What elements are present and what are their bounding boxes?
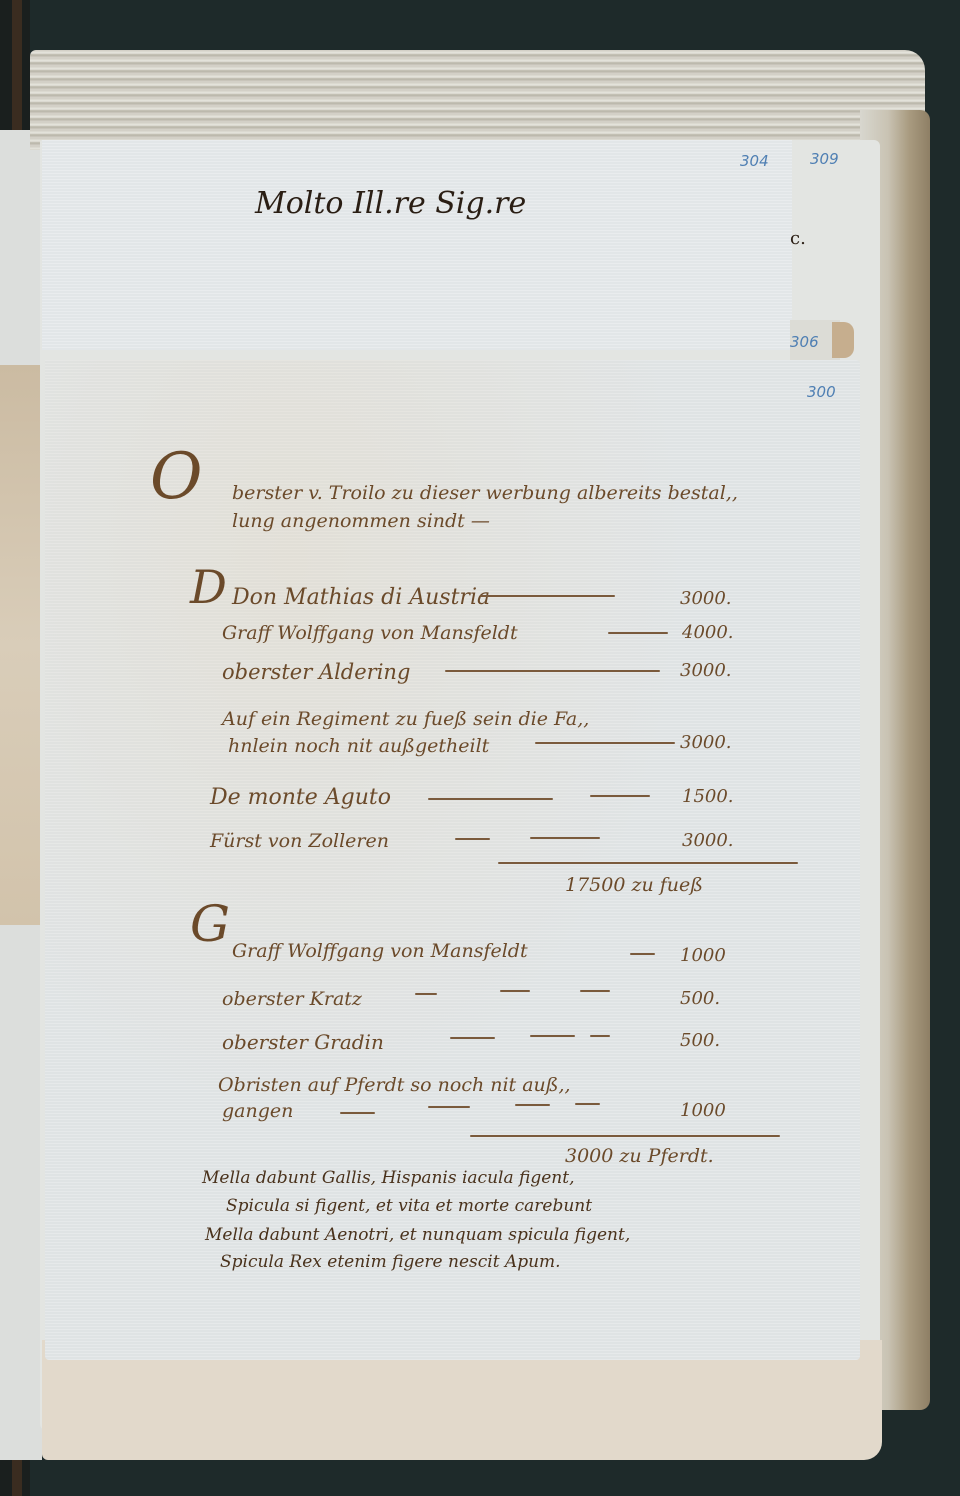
section1-initial: D [190,560,227,614]
section2-entry-value: 1000 [680,1100,726,1121]
verse-line: Mella dabunt Aenotri, et nunquam spicula… [205,1225,630,1245]
leader-line [608,632,668,634]
section1-entry-label: Graff Wolffgang von Mansfeldt [222,622,518,644]
leader-line [428,798,553,800]
verse-line: Mella dabunt Gallis, Hispanis iacula fig… [202,1168,574,1188]
leader-line [445,670,660,672]
leader-line [530,1035,575,1037]
section2-entry-label: Obristen auf Pferdt so noch nit auß,, [218,1074,571,1096]
section1-total: 17500 zu fueß [565,874,703,896]
signature: Molto Ill.re Sig.re [255,186,526,221]
section2-entry-value: 1000 [680,945,726,966]
section2-entry-label: oberster Gradin [222,1030,384,1054]
section1-entry-value: 3000. [680,588,732,609]
page-stack-top-edge [30,50,925,150]
total-rule [470,1135,780,1137]
tab-stain [832,322,854,358]
top-sheet [42,140,792,350]
leader-line [450,1037,495,1039]
section2-entry-label: gangen [222,1100,293,1122]
section1-entry-label: Fürst von Zolleren [210,830,389,852]
section1-entry-value: 3000. [680,732,732,753]
section2-entry-value: 500. [680,988,720,1009]
left-stain [0,365,40,925]
leader-line [575,1103,600,1105]
section2-entry-label: Graff Wolffgang von Mansfeldt [232,940,528,962]
leader-line [340,1112,375,1114]
section1-entry-label: oberster Aldering [222,660,410,684]
margin-mark: c. [790,228,806,249]
leader-line [415,993,437,995]
leader-line [580,990,610,992]
section1-entry-label: hnlein noch nit außgetheilt [228,735,489,757]
leader-line [480,595,615,597]
section2-entry-value: 500. [680,1030,720,1051]
section1-entry-value: 4000. [682,622,734,643]
leader-line [530,837,600,839]
section1-entry-label: Don Mathias di Austria [232,585,490,610]
leader-line [428,1106,470,1108]
leader-line [535,742,675,744]
main-folio-number: 300 [807,383,836,401]
section2-initial: G [190,895,230,953]
leader-line [590,795,650,797]
leader-line [630,953,655,955]
total-rule [498,862,798,864]
section1-entry-label: De monte Aguto [210,785,391,810]
heading-initial: O [150,440,202,514]
section2-entry-label: oberster Kratz [222,988,362,1010]
folio-number-2: 309 [810,150,839,168]
heading-line-1: berster v. Troilo zu dieser werbung albe… [232,482,738,504]
verse-line: Spicula si figent, et vita et morte care… [226,1196,592,1216]
heading-line-2: lung angenommen sindt — [232,510,490,532]
leader-line [590,1035,610,1037]
leader-line [500,990,530,992]
tab-number: 306 [790,333,819,351]
section1-entry-label: Auf ein Regiment zu fueß sein die Fa,, [222,708,589,730]
leader-line [515,1104,550,1106]
leader-line [455,838,490,840]
section1-entry-value: 3000. [680,660,732,681]
section1-entry-value: 3000. [682,830,734,851]
section2-total: 3000 zu Pferdt. [565,1145,714,1167]
verse-line: Spicula Rex etenim figere nescit Apum. [220,1252,561,1272]
folio-number-1: 304 [740,152,769,170]
section1-entry-value: 1500. [682,786,734,807]
